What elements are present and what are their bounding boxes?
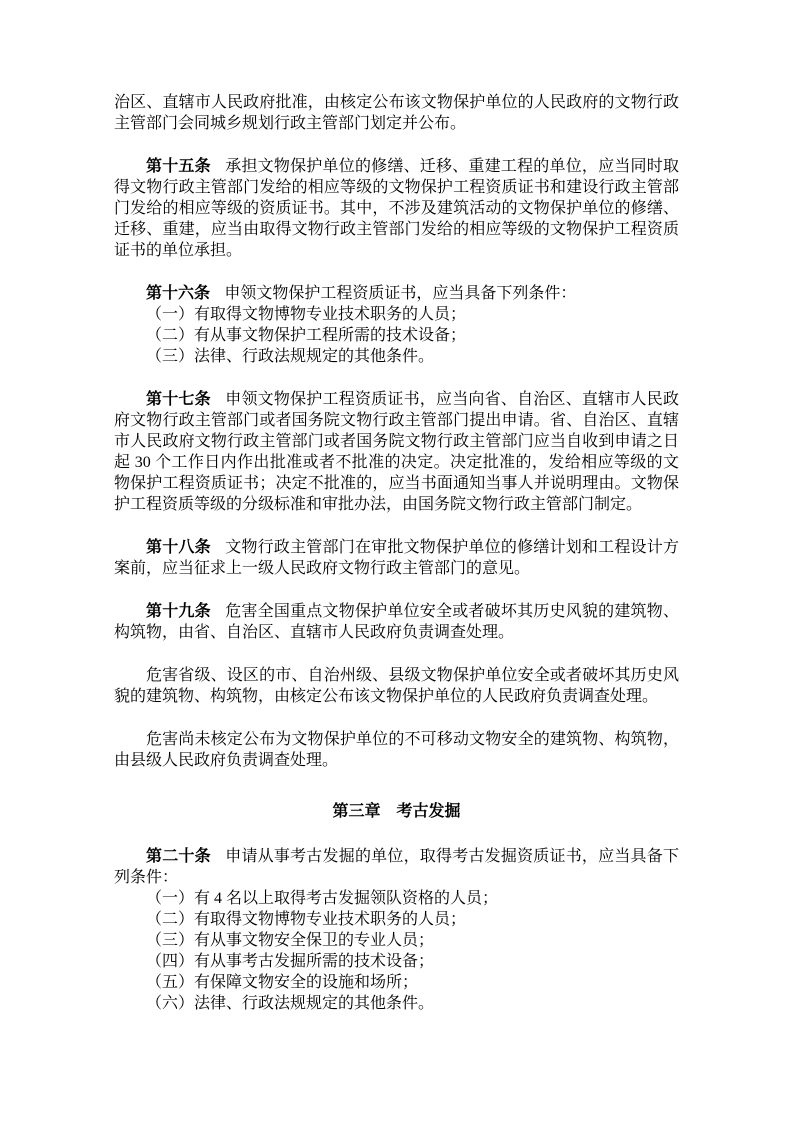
paragraph-text: 申领文物保护工程资质证书，应当具备下列条件：: [224, 285, 576, 302]
paragraph-text: （五）有保障文物安全的设施和场所；: [146, 974, 418, 991]
article-number: 第十九条: [146, 603, 211, 620]
list-item: （二）有从事文物保护工程所需的技术设备；: [114, 325, 679, 346]
paragraph-text: （三）有从事文物安全保卫的专业人员；: [146, 932, 434, 949]
document-body: 治区、直辖市人民政府批准，由核定公布该文物保护单位的人民政府的文物行政主管部门会…: [114, 92, 679, 1014]
paragraph-text: 申领文物保护工程资质证书，应当向省、自治区、直辖市人民政府文物行政主管部门或者国…: [114, 391, 679, 513]
paragraph-text: （二）有取得文物博物专业技术职务的人员；: [146, 911, 466, 928]
list-item: （一）有取得文物博物专业技术职务的人员；: [114, 304, 679, 325]
list-item: （三）有从事文物安全保卫的专业人员；: [114, 930, 679, 951]
paragraph-text: （六）法律、行政法规规定的其他条件。: [146, 995, 434, 1012]
paragraph-text: 危害尚未核定公布为文物保护单位的不可移动文物安全的建筑物、构筑物，由县级人民政府…: [114, 731, 679, 769]
list-item: （二）有取得文物博物专业技术职务的人员；: [114, 909, 679, 930]
continuation-paragraph: 治区、直辖市人民政府批准，由核定公布该文物保护单位的人民政府的文物行政主管部门会…: [114, 92, 679, 134]
article-paragraph: 第十六条申领文物保护工程资质证书，应当具备下列条件：: [114, 283, 679, 304]
article-number: 第十八条: [146, 539, 211, 556]
article-paragraph: 第十七条申领文物保护工程资质证书，应当向省、自治区、直辖市人民政府文物行政主管部…: [114, 389, 679, 515]
paragraph-text: （一）有取得文物博物专业技术职务的人员；: [146, 306, 466, 323]
body-paragraph: 危害尚未核定公布为文物保护单位的不可移动文物安全的建筑物、构筑物，由县级人民政府…: [114, 729, 679, 771]
list-item: （六）法律、行政法规规定的其他条件。: [114, 993, 679, 1014]
document-page: 治区、直辖市人民政府批准，由核定公布该文物保护单位的人民政府的文物行政主管部门会…: [0, 0, 793, 1122]
paragraph-text: 治区、直辖市人民政府批准，由核定公布该文物保护单位的人民政府的文物行政主管部门会…: [114, 94, 679, 132]
list-item: （四）有从事考古发掘所需的技术设备；: [114, 951, 679, 972]
article-paragraph: 第十九条危害全国重点文物保护单位安全或者破坏其历史风貌的建筑物、构筑物，由省、自…: [114, 601, 679, 643]
article-paragraph: 第十八条文物行政主管部门在审批文物保护单位的修缮计划和工程设计方案前，应当征求上…: [114, 537, 679, 579]
article-number: 第十六条: [146, 285, 210, 302]
paragraph-text: （一）有 4 名以上取得考古发掘领队资格的人员；: [146, 890, 498, 907]
paragraph-text: （四）有从事考古发掘所需的技术设备；: [146, 953, 434, 970]
article-number: 第十七条: [146, 391, 211, 408]
body-paragraph: 危害省级、设区的市、自治州级、县级文物保护单位安全或者破坏其历史风貌的建筑物、构…: [114, 665, 679, 707]
article-paragraph: 第十五条承担文物保护单位的修缮、迁移、重建工程的单位，应当同时取得文物行政主管部…: [114, 156, 679, 261]
list-item: （三）法律、行政法规规定的其他条件。: [114, 346, 679, 367]
article-paragraph: 第二十条申请从事考古发掘的单位，取得考古发掘资质证书，应当具备下列条件：: [114, 846, 679, 888]
list-item: （五）有保障文物安全的设施和场所；: [114, 972, 679, 993]
paragraph-text: 危害省级、设区的市、自治州级、县级文物保护单位安全或者破坏其历史风貌的建筑物、构…: [114, 667, 679, 705]
article-number: 第二十条: [146, 848, 211, 865]
paragraph-text: （二）有从事文物保护工程所需的技术设备；: [146, 327, 466, 344]
list-item: （一）有 4 名以上取得考古发掘领队资格的人员；: [114, 888, 679, 909]
chapter-heading: 第三章 考古发掘: [114, 801, 679, 822]
article-number: 第十五条: [146, 158, 211, 175]
paragraph-text: （三）法律、行政法规规定的其他条件。: [146, 348, 434, 365]
